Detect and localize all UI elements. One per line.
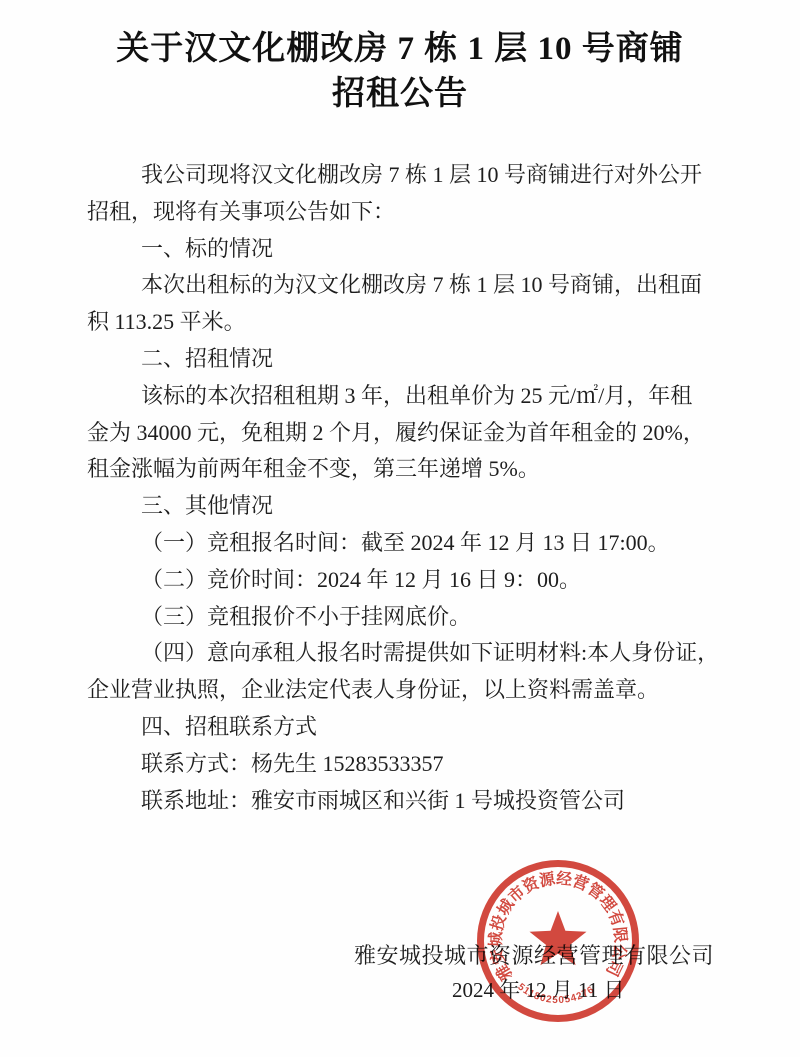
body-line-intro-2: 招租，现将有关事项公告如下： xyxy=(87,194,767,231)
body-line-contact: 联系方式：杨先生 15283533357 xyxy=(87,746,767,783)
body-line-item-4a: （四）意向承租人报名时需提供如下证明材料:本人身份证， xyxy=(87,635,767,672)
issue-date: 2024 年 12 月 11 日 xyxy=(452,974,624,1004)
document-page: 关于汉文化棚改房 7 栋 1 层 10 号商铺 招租公告 我公司现将汉文化棚改房… xyxy=(0,0,800,1057)
section-heading-1: 一、标的情况 xyxy=(87,231,767,268)
document-title: 关于汉文化棚改房 7 栋 1 层 10 号商铺 招租公告 xyxy=(0,27,800,117)
section-heading-4: 四、招租联系方式 xyxy=(87,709,767,746)
body-line-item-4b: 企业营业执照，企业法定代表人身份证，以上资料需盖章。 xyxy=(87,672,767,709)
body-line-terms-3: 租金涨幅为前两年租金不变，第三年递增 5%。 xyxy=(87,451,767,488)
title-line-2: 招租公告 xyxy=(0,72,800,117)
document-body: 我公司现将汉文化棚改房 7 栋 1 层 10 号商铺进行对外公开 招租，现将有关… xyxy=(87,157,767,819)
body-line-item-1: （一）竞租报名时间：截至 2024 年 12 月 13 日 17:00。 xyxy=(87,525,767,562)
body-line-item-2: （二）竞价时间：2024 年 12 月 16 日 9：00。 xyxy=(87,562,767,599)
body-line-subject-1: 本次出租标的为汉文化棚改房 7 栋 1 层 10 号商铺，出租面 xyxy=(87,267,767,304)
issuer-company-name: 雅安城投城市资源经营管理有限公司 xyxy=(354,939,714,970)
body-line-terms-2: 金为 34000 元，免租期 2 个月，履约保证金为首年租金的 20%， xyxy=(87,415,767,452)
body-line-address: 联系地址：雅安市雨城区和兴街 1 号城投资管公司 xyxy=(87,783,767,820)
body-line-intro-1: 我公司现将汉文化棚改房 7 栋 1 层 10 号商铺进行对外公开 xyxy=(87,157,767,194)
title-line-1: 关于汉文化棚改房 7 栋 1 层 10 号商铺 xyxy=(0,27,800,72)
body-line-terms-1: 该标的本次招租租期 3 年，出租单价为 25 元/㎡/月，年租 xyxy=(87,378,767,415)
section-heading-3: 三、其他情况 xyxy=(87,488,767,525)
section-heading-2: 二、招租情况 xyxy=(87,341,767,378)
body-line-item-3: （三）竞租报价不小于挂网底价。 xyxy=(87,599,767,636)
body-line-subject-2: 积 113.25 平米。 xyxy=(87,304,767,341)
